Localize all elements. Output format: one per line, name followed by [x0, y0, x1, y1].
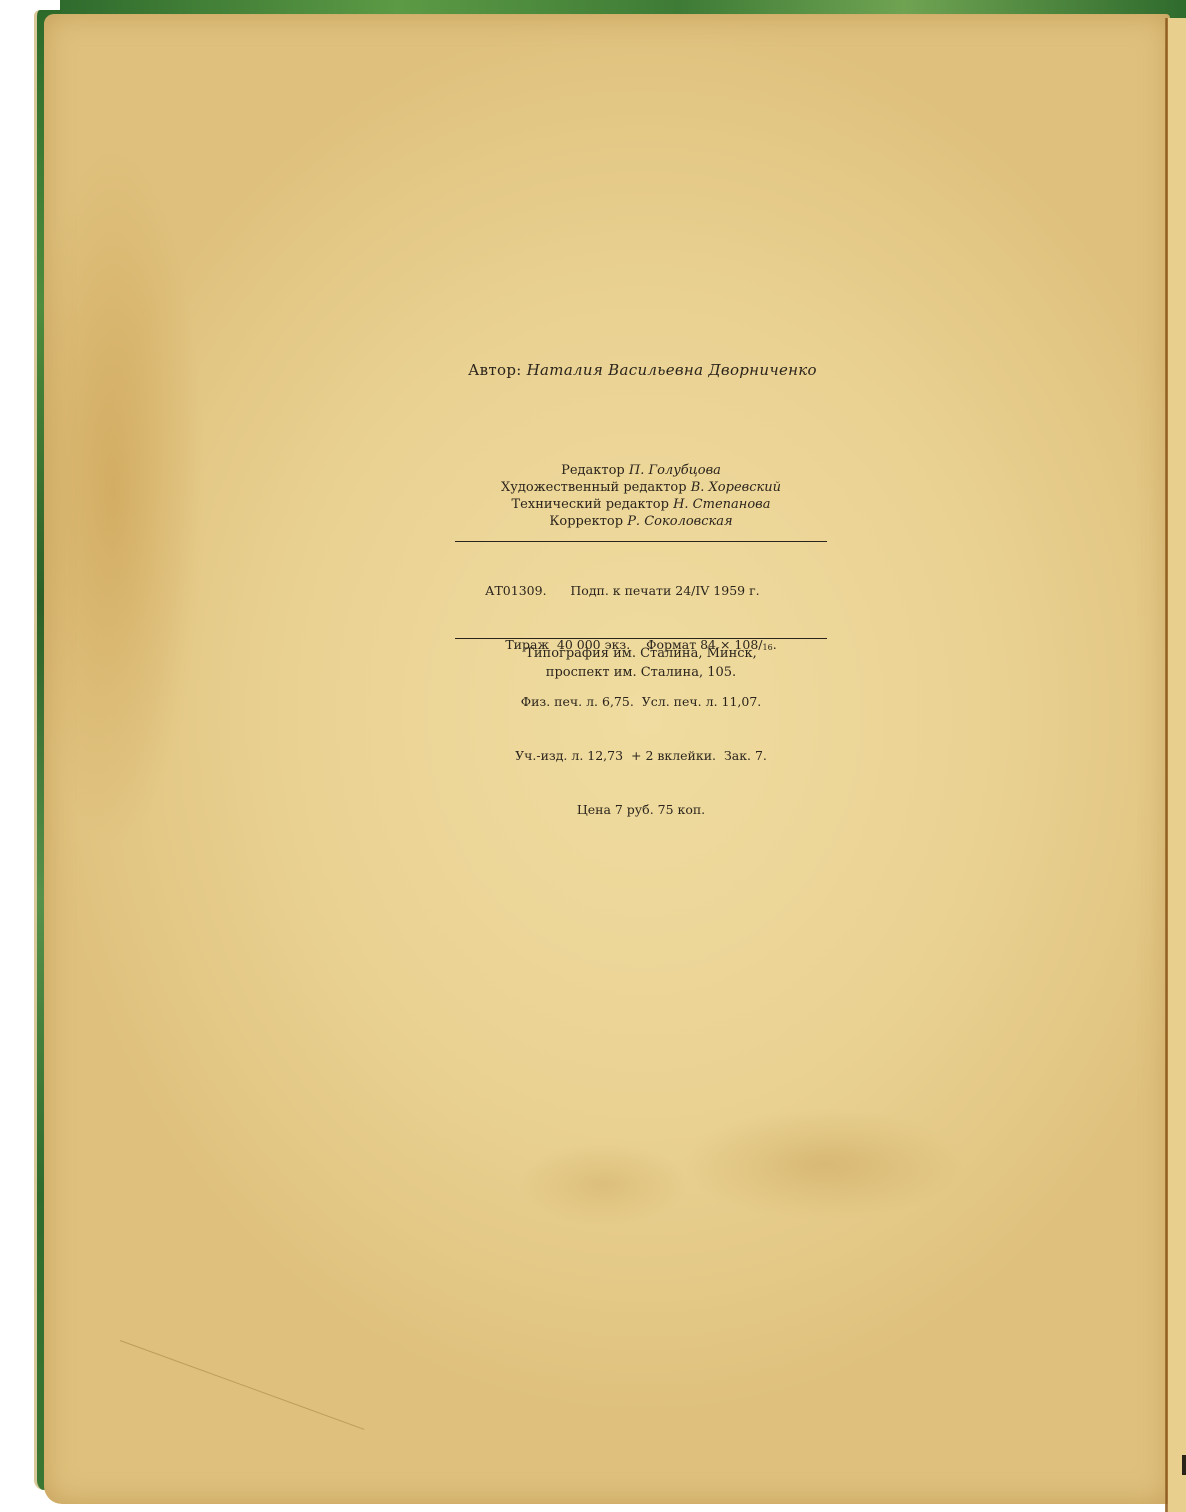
credit-role: Корректор: [549, 514, 623, 529]
adjacent-page-edge: [1168, 18, 1186, 1512]
printer-line-2: проспект им. Сталина, 105.: [455, 663, 827, 682]
publishing-sheets: Уч.-изд. л. 12,73 + 2 вклейки.: [515, 748, 716, 763]
author-name: Наталия Васильевна Дворниченко: [527, 361, 817, 379]
credit-person: Р. Соколовская: [627, 514, 732, 529]
credit-person: В. Хоревский: [691, 480, 781, 495]
credit-person: П. Голубцова: [629, 463, 721, 478]
pubdata-row-1: АТ01309. Подп. к печати 24/IV 1959 г.: [455, 582, 827, 600]
credit-role: Художественный редактор: [501, 480, 687, 495]
author-label: Автор:: [468, 361, 522, 379]
credit-art-editor: Художественный редактор В. Хоревский: [455, 479, 827, 496]
credit-editor: Редактор П. Голубцова: [455, 462, 827, 479]
gutter-fold-line: [1165, 18, 1168, 1512]
pubdata-row-3: Физ. печ. л. 6,75. Усл. печ. л. 11,07.: [455, 693, 827, 711]
physical-sheets: Физ. печ. л. 6,75.: [521, 694, 634, 709]
order-code: АТ01309.: [485, 583, 547, 598]
author-line: Автор: Наталия Васильевна Дворниченко: [468, 361, 817, 379]
scanned-book-page: Автор: Наталия Васильевна Дворниченко Ре…: [0, 0, 1186, 1512]
credit-person: Н. Степанова: [673, 497, 770, 512]
pubdata-row-5: Цена 7 руб. 75 коп.: [455, 801, 827, 819]
credit-technical-editor: Технический редактор Н. Степанова: [455, 496, 827, 513]
adjacent-page-glyph: [1182, 1455, 1186, 1475]
printer-info: Типография им. Сталина, Минск, проспект …: [455, 644, 827, 682]
order-number: Зак. 7.: [724, 748, 767, 763]
signed-to-print: Подп. к печати 24/IV 1959 г.: [570, 583, 759, 598]
editorial-credits: Редактор П. Голубцова Художественный ред…: [455, 462, 827, 530]
pubdata-row-4: Уч.-изд. л. 12,73 + 2 вклейки. Зак. 7.: [455, 747, 827, 765]
conventional-sheets: Усл. печ. л. 11,07.: [642, 694, 762, 709]
credit-proofreader: Корректор Р. Соколовская: [455, 513, 827, 530]
price: Цена 7 руб. 75 коп.: [577, 802, 705, 817]
credit-role: Технический редактор: [512, 497, 669, 512]
divider-rule: [455, 638, 827, 639]
divider-rule: [455, 541, 827, 542]
publication-data: АТ01309. Подп. к печати 24/IV 1959 г. Ти…: [455, 546, 827, 855]
credit-role: Редактор: [561, 463, 625, 478]
printer-line-1: Типография им. Сталина, Минск,: [455, 644, 827, 663]
